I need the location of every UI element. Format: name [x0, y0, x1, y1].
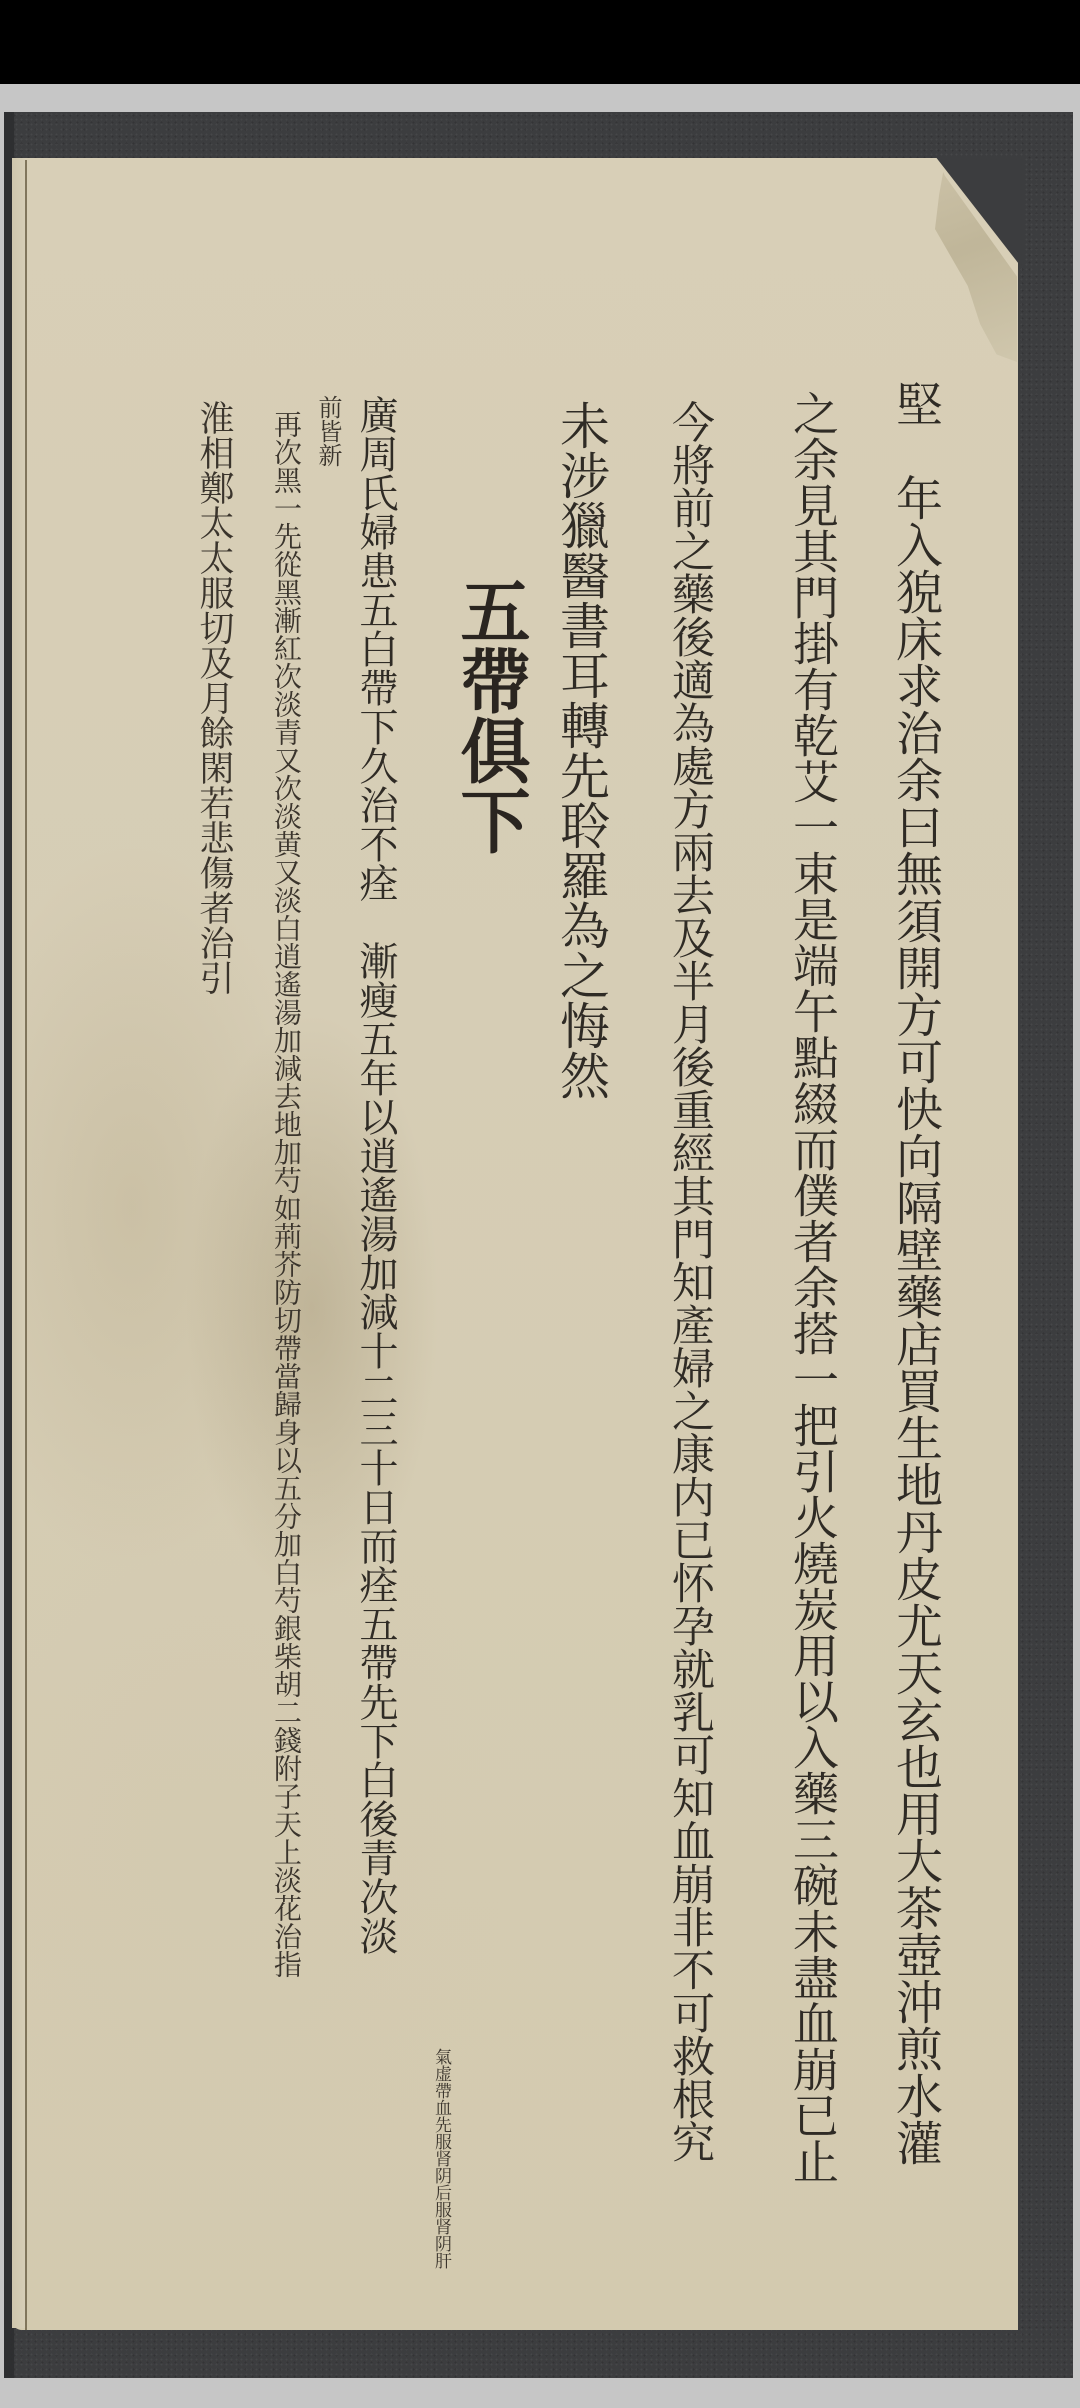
text-column-1: 堅𨕣年入㹸床求治余曰無須開方可快向隔壁藥店買生地丹皮尤天玄也用大茶壺沖煎水灌 [892, 380, 939, 2166]
text-column-2: 之余見其門掛有乾艾一束是端午點綴而僕者余搭一把引火燒炭用以入藥三碗未盡血崩已止 [790, 390, 836, 2184]
status-bar [0, 0, 1080, 84]
text-column-6: 再次黑一先從黑漸紅次淡青又次淡黄又淡白逍遙湯加減去地加芍如荊芥防切帶當歸身以五分… [272, 410, 300, 1978]
annotation-column-5: 氣虚帶血先服肾阴后服肾阴肝 [432, 2048, 449, 2269]
text-column-7: 淮相鄭太太服切及月餘閑若悲傷者治引 [196, 400, 231, 995]
binding-line [25, 160, 27, 2330]
text-column-4: 未涉獵醫書耳轉先聆羅為之悔然 [556, 400, 606, 1100]
manuscript-page [12, 158, 1018, 2330]
text-column-3: 今將前之藥後適為處方兩去及半月後重經其門知產婦之康内已怀孕就乳可知血崩非不可救根… [668, 400, 711, 2163]
text-column-5: 廣周氏婦患五白帶下久治不痊 漸瘦五年以逍遙湯加減十二三十日而痊五帶先下白後青次淡 [356, 395, 395, 1955]
section-heading: 五帶俱下 [440, 575, 541, 855]
binding-edge [12, 158, 26, 2328]
annotation-column-6: 前皆新 [316, 395, 340, 467]
